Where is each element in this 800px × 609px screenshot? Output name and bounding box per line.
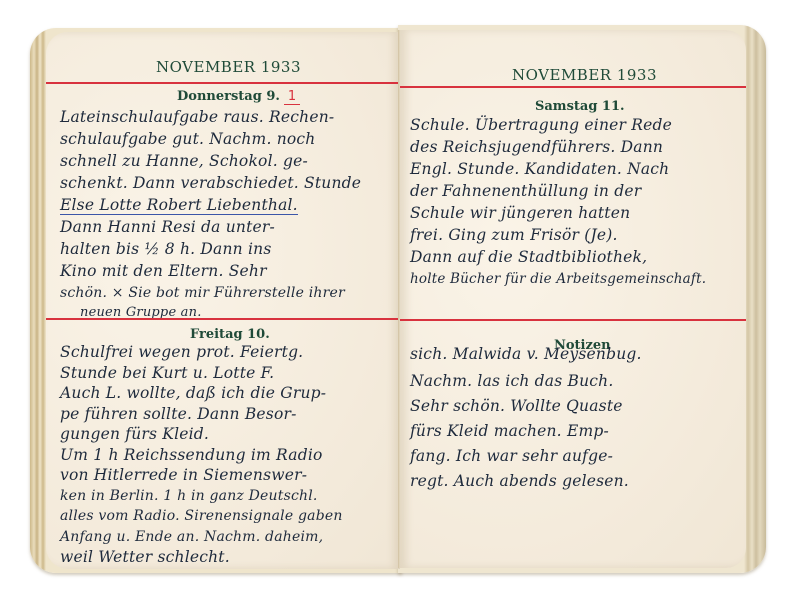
notizen-text: sich. Malwida v. Meysenbug. Nachm. las i… [410, 342, 642, 494]
right-month-header: NOVEMBER 1933 [512, 66, 657, 84]
day-header-donnerstag: Donnerstag 9.1 [177, 89, 300, 104]
left-mid-rule [46, 318, 400, 320]
entry-saturday-text: Schule. Übertragung einer Rede des Reich… [410, 114, 706, 290]
left-month-header: NOVEMBER 1933 [156, 58, 301, 76]
day-header-samstag: Samstag 11. [535, 99, 625, 114]
entry-thursday-text: Lateinschulaufgabe raus. Rechen- schulau… [60, 106, 361, 322]
entry-friday-text: Schulfrei wegen prot. Feiertg. Stunde be… [60, 342, 343, 568]
right-header-rule [400, 86, 746, 88]
left-header-rule [46, 82, 400, 84]
right-mid-rule [400, 319, 746, 321]
day-header-freitag: Freitag 10. [190, 327, 270, 342]
red-check-mark: 1 [284, 89, 300, 105]
